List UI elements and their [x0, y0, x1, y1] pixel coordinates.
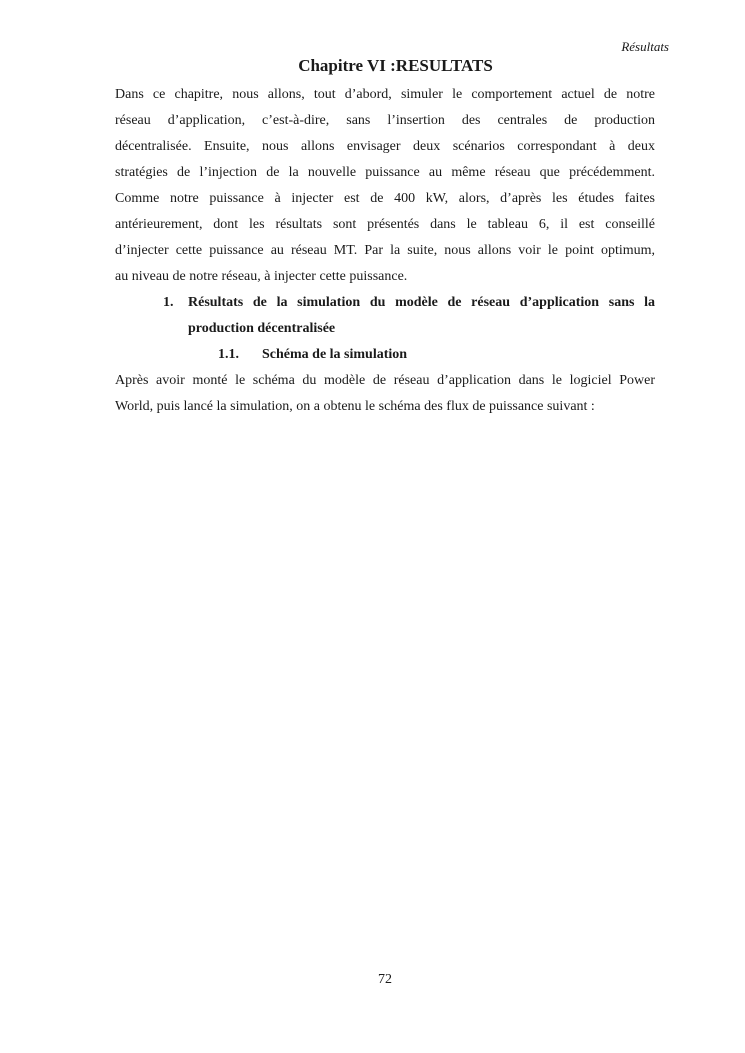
paragraph1-line-4: stratégies de l’injection de la nouvelle…: [115, 160, 655, 186]
paragraph1-line-1: Dans ce chapitre, nous allons, tout d’ab…: [115, 82, 655, 108]
paragraph1-line-3: décentralisée. Ensuite, nous allons envi…: [115, 134, 655, 160]
body-text: Dans ce chapitre, nous allons, tout d’ab…: [115, 82, 655, 420]
document-page: Résultats Chapitre VI :RESULTATS Dans ce…: [0, 0, 745, 1053]
paragraph1-line-2: réseau d’application, c’est-à-dire, sans…: [115, 108, 655, 134]
section1-1-heading: 1.1. Schéma de la simulation: [115, 342, 655, 368]
section1-number: 1.: [163, 290, 174, 316]
section1-title-line1: Résultats de la simulation du modèle de …: [188, 290, 655, 316]
page-number: 72: [115, 970, 655, 990]
paragraph2-line-1: Après avoir monté le schéma du modèle de…: [115, 368, 655, 394]
paragraph1-line-7: d’injecter cette puissance au réseau MT.…: [115, 238, 655, 264]
section1-heading-line1: 1. Résultats de la simulation du modèle …: [115, 290, 655, 316]
chapter-title: Chapitre VI :RESULTATS: [0, 54, 745, 78]
paragraph1-line-6: antérieurement, dont les résultats sont …: [115, 212, 655, 238]
running-header-label: Résultats: [621, 39, 669, 54]
paragraph1-line-8: au niveau de notre réseau, à injecter ce…: [115, 264, 655, 290]
paragraph1-line-5: Comme notre puissance à injecter est de …: [115, 186, 655, 212]
section1-title-line2: production décentralisée: [188, 316, 655, 342]
paragraph2-line-2: World, puis lancé la simulation, on a ob…: [115, 394, 655, 420]
section1-1-number: 1.1.: [218, 342, 239, 368]
section1-1-title: Schéma de la simulation: [262, 342, 655, 368]
section1-heading-line2: production décentralisée: [115, 316, 655, 342]
